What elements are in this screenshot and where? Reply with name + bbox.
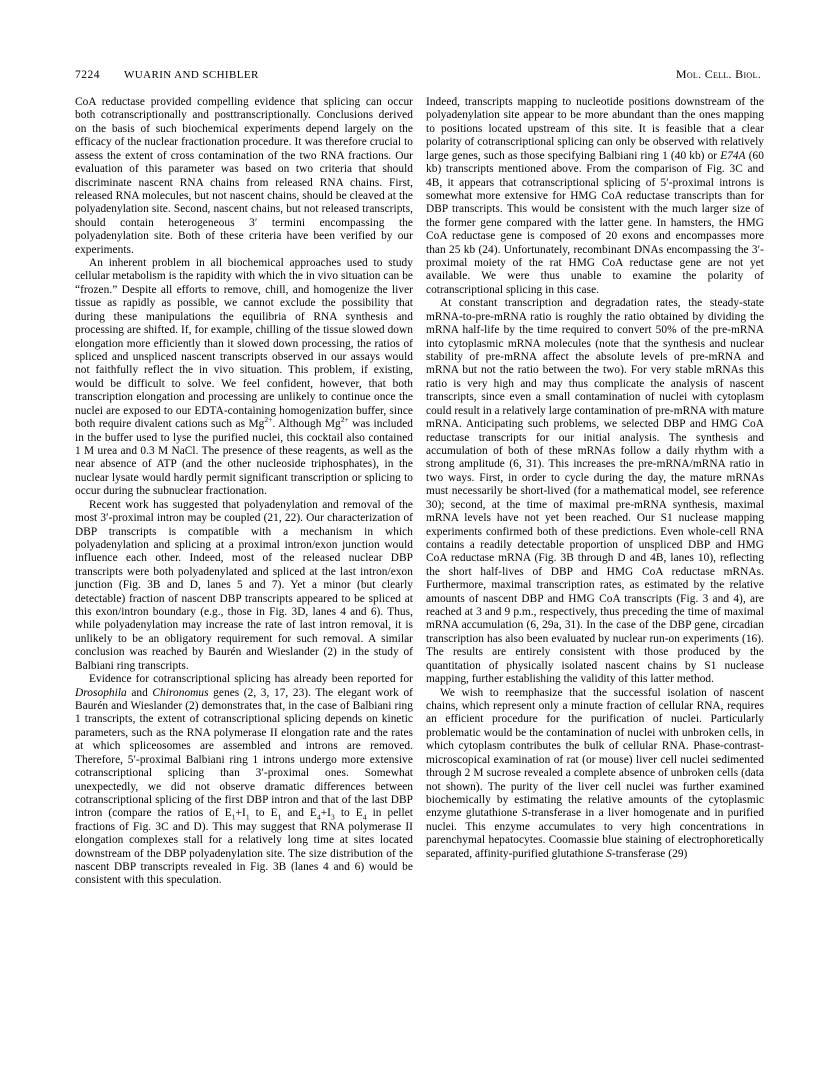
page-number: 7224	[75, 69, 100, 81]
left-column: CoA reductase provided compelling eviden…	[75, 96, 413, 888]
paragraph-right-1: Indeed, transcripts mapping to nucleotid…	[426, 96, 764, 297]
journal-name: Mol. Cell. Biol.	[676, 67, 761, 82]
paragraph-right-3: We wish to reemphasize that the successf…	[426, 687, 764, 861]
two-column-body: CoA reductase provided compelling eviden…	[75, 96, 764, 888]
paragraph-left-3: Recent work has suggested that polyadeny…	[75, 499, 413, 673]
journal-page: 7224 WUARIN AND SCHIBLER Mol. Cell. Biol…	[0, 0, 816, 1082]
paragraph-left-2: An inherent problem in all biochemical a…	[75, 257, 413, 499]
paragraph-left-1: CoA reductase provided compelling eviden…	[75, 96, 413, 257]
paragraph-left-4: Evidence for cotranscriptional splicing …	[75, 673, 413, 888]
paragraph-right-2: At constant transcription and degradatio…	[426, 297, 764, 686]
running-title: WUARIN AND SCHIBLER	[124, 69, 259, 81]
right-column: Indeed, transcripts mapping to nucleotid…	[426, 96, 764, 888]
page-header: 7224 WUARIN AND SCHIBLER Mol. Cell. Biol…	[75, 67, 761, 82]
